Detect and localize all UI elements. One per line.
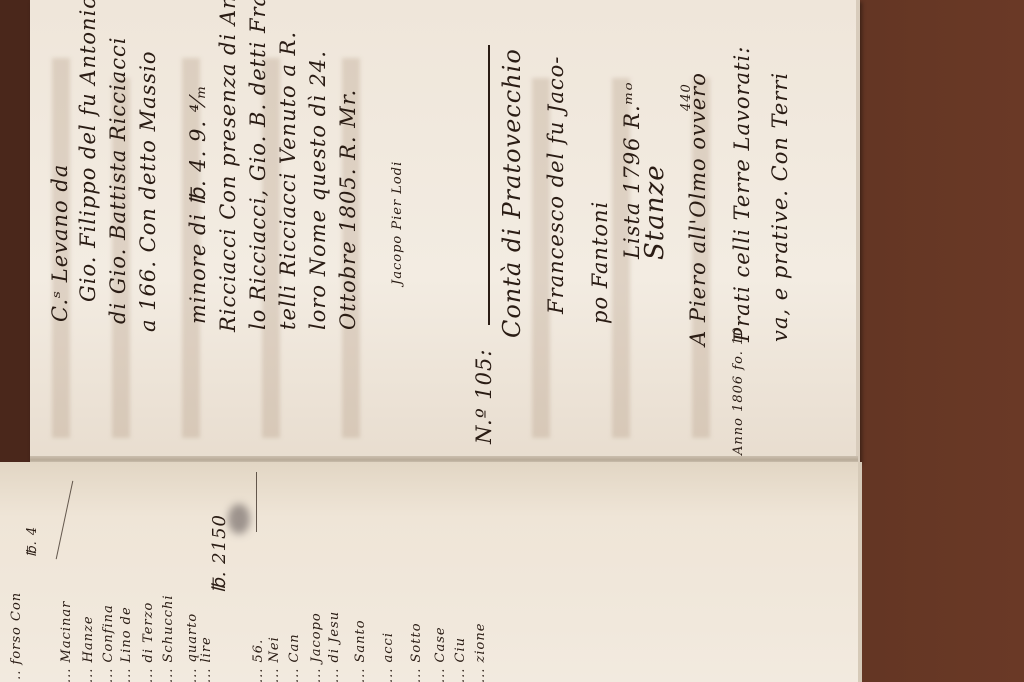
manuscript-page-bottom: ℔. 4 ℔. 2150 ... tratta ... forso Con ..… — [0, 462, 862, 682]
handwritten-line: loro Nome questo dì 24. — [306, 50, 330, 330]
entry-number: N.º 105: — [472, 349, 496, 444]
line-fragment: ... Sotto — [409, 622, 424, 682]
line-fragment: ... zione — [473, 623, 488, 682]
line-fragment: ... Confina — [101, 604, 116, 682]
line-fragment: ... Schucchi — [161, 594, 176, 682]
line-fragment: ... Nei — [267, 636, 282, 682]
handwritten-line: A Piero all'Olmo ovvero — [686, 72, 710, 346]
separator-rule — [488, 45, 490, 325]
handwritten-line: Ottobre 1805. R. Mr. — [336, 89, 360, 330]
handwritten-line: di Gio. Battista Ricciacci — [106, 37, 130, 324]
handwritten-line: C.ˢ Levano da — [48, 164, 72, 322]
entry-title: Contà di Pratovecchio — [498, 48, 526, 338]
line-fragment: ... Lino de — [119, 606, 134, 682]
handwritten-line: po Fantoni — [588, 201, 612, 324]
line-fragment: ... di Terzo — [141, 602, 156, 682]
margin-note: Anno 1806 fo. 10 — [731, 326, 746, 455]
line-fragment: ... Ciu — [453, 637, 468, 682]
handwritten-line: lo Ricciacci, Gio. B. detti Fra- — [246, 0, 270, 330]
dash-rule — [56, 481, 74, 559]
manuscript-page-top: C.ˢ Levano da Gio. Filippo del fu Antoni… — [30, 0, 860, 462]
handwritten-line: Francesco del fu Jaco- — [544, 56, 568, 314]
handwritten-line: Ricciacci Con presenza di Angio — [216, 0, 240, 332]
handwritten-line: minore di ℔. 4. 9. ⁴⁄ₘ — [186, 84, 210, 324]
handwritten-line: a 166. Con detto Massio — [136, 50, 160, 332]
line-fragment: ... Hanze — [81, 615, 96, 682]
line-fragment: ... lire — [199, 636, 214, 682]
line-fragment: ... forso Con — [9, 592, 24, 682]
line-fragment: ... acci — [381, 632, 396, 682]
line-fragment: ... 56. — [251, 639, 266, 682]
handwritten-line: telli Ricciacci Venuto a R. — [276, 31, 300, 330]
dash-rule — [256, 472, 257, 532]
line-fragment: ... Macinar — [59, 601, 74, 682]
line-fragment: ... Santo — [353, 619, 368, 682]
line-fragment: ... Can — [287, 633, 302, 682]
line-fragment: ... Jacopo — [309, 612, 324, 682]
ink-stain — [228, 504, 250, 534]
handwritten-line: Lista 1796 R.ᵐᵒ — [620, 81, 644, 259]
handwritten-line: Gio. Filippo del fu Antonio — [76, 0, 100, 302]
signature: Jacopo Pier Lodi — [390, 161, 405, 285]
total-amount: ℔. 2150 — [209, 514, 230, 593]
handwritten-line: va, e prative. Con Terri — [768, 72, 792, 342]
handwritten-line: Prati celli Terre Lavorati: — [730, 46, 754, 342]
line-fragment: ... tratta — [0, 613, 4, 677]
line-fragment: ... di Jesu — [327, 611, 342, 682]
total-amount: ℔. 4 — [25, 526, 40, 557]
line-fragment: ... Case — [433, 626, 448, 682]
line-fragment: ... quarto — [185, 613, 200, 682]
handwritten-line: Stanze — [640, 164, 670, 260]
